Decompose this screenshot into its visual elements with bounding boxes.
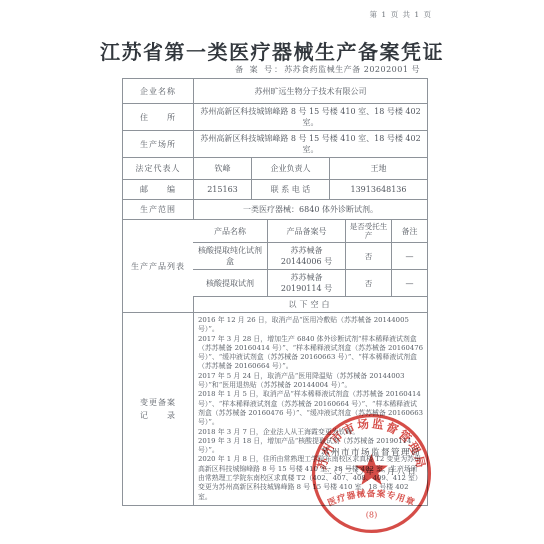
table-row: 住 所 苏州高新区科技城锦峰路 8 号 15 号楼 410 室、18 号楼 40… (123, 103, 427, 130)
phone-value: 13913648136 (329, 180, 427, 199)
product-remark: — (391, 270, 427, 296)
legal-rep-value: 钦峰 (193, 158, 251, 179)
certificate-page: 第 1 页 共 1 页 江苏省第一类医疗器械生产备案凭证 备 案 号：苏苏食药监… (0, 0, 544, 544)
page-indicator: 第 1 页 共 1 页 (370, 9, 432, 20)
product-remark: — (391, 243, 427, 269)
products-label: 生产产品列表 (123, 220, 193, 312)
product-entrusted: 否 (345, 270, 391, 296)
products-header-row: 产品名称 产品备案号 是否受托生产 备注 (193, 220, 427, 242)
certificate-table: 企业名称 苏州旷远生物分子技术有限公司 住 所 苏州高新区科技城锦峰路 8 号 … (122, 78, 428, 506)
product-name: 核酸提取纯化试剂盒 (193, 243, 267, 269)
col-remark: 备注 (391, 220, 427, 242)
issuing-authority-block: 苏州市市场监督管理局 二〇二〇年一月八日 (298, 446, 444, 477)
zip-label: 邮 编 (123, 180, 193, 199)
issue-date: 二〇二〇年一月八日 (298, 466, 444, 477)
page-title: 江苏省第一类医疗器械生产备案凭证 (0, 36, 544, 65)
blank-below-note: 以下空白 (193, 296, 427, 312)
change-entry: 2017 年 5 月 24 日，取消产品“医用降温贴（苏苏械备 20144003… (198, 372, 423, 391)
table-row: 生产范围 一类医疗器械：6840 体外诊断试剂。 (123, 199, 427, 219)
manager-value: 王地 (329, 158, 427, 179)
address-value: 苏州高新区科技城锦峰路 8 号 15 号楼 410 室、18 号楼 402 室。 (193, 104, 427, 130)
product-record-no: 苏苏械备 20144006 号 (267, 243, 345, 269)
phone-label: 联 系 电 话 (251, 180, 329, 199)
address-label: 住 所 (123, 104, 193, 130)
change-entry: 2016 年 12 月 26 日，取消产品“医用冷敷贴（苏苏械备 2014400… (198, 316, 423, 335)
col-product-name: 产品名称 (193, 220, 267, 242)
change-entry: 2017 年 3 月 28 日，增加生产 6840 体外诊断试剂“样本稀释液试剂… (198, 335, 423, 372)
product-row: 核酸提取试剂 苏苏械备 20190114 号 否 — (193, 269, 427, 296)
table-row: 邮 编 215163 联 系 电 话 13913648136 (123, 179, 427, 199)
zip-value: 215163 (193, 180, 251, 199)
product-entrusted: 否 (345, 243, 391, 269)
change-records-label: 变更备案 记 录 (123, 313, 193, 505)
scope-value: 一类医疗器械：6840 体外诊断试剂。 (193, 200, 427, 219)
issuing-authority: 苏州市市场监督管理局 (298, 446, 444, 458)
change-entry: 2018 年 3 月 7 日，企业法人从王海霞变更为钦峰。 (198, 428, 423, 437)
products-subtable: 产品名称 产品备案号 是否受托生产 备注 核酸提取纯化试剂盒 苏苏械备 2014… (193, 220, 427, 312)
scope-label: 生产范围 (123, 200, 193, 219)
record-number-label: 备 案 号： (235, 65, 284, 74)
stamp-number: (8) (366, 510, 378, 520)
col-entrusted: 是否受托生产 (345, 220, 391, 242)
change-entry: 2018 年 1 月 5 日，取消产品“样本稀释液试剂盒（苏苏械备 201604… (198, 390, 423, 427)
product-record-no: 苏苏械备 20190114 号 (267, 270, 345, 296)
products-row: 生产产品列表 产品名称 产品备案号 是否受托生产 备注 核酸提取纯化试剂盒 苏苏… (123, 219, 427, 312)
table-row: 生产场所 苏州高新区科技城锦峰路 8 号 15 号楼 410 室、18 号楼 4… (123, 130, 427, 157)
product-name: 核酸提取试剂 (193, 270, 267, 296)
production-site-label: 生产场所 (123, 131, 193, 157)
legal-rep-label: 法定代表人 (123, 158, 193, 179)
record-number: 备 案 号：苏苏食药监械生产备 20202001 号 (122, 64, 420, 75)
company-name-label: 企业名称 (123, 79, 193, 103)
production-site-value: 苏州高新区科技城锦峰路 8 号 15 号楼 410 室、18 号楼 402 室。 (193, 131, 427, 157)
col-record-no: 产品备案号 (267, 220, 345, 242)
table-row: 企业名称 苏州旷远生物分子技术有限公司 (123, 79, 427, 103)
product-row: 核酸提取纯化试剂盒 苏苏械备 20144006 号 否 — (193, 242, 427, 269)
table-row: 法定代表人 钦峰 企业负责人 王地 (123, 157, 427, 179)
manager-label: 企业负责人 (251, 158, 329, 179)
record-number-value: 苏苏食药监械生产备 20202001 号 (284, 65, 420, 74)
company-name-value: 苏州旷远生物分子技术有限公司 (193, 79, 427, 103)
